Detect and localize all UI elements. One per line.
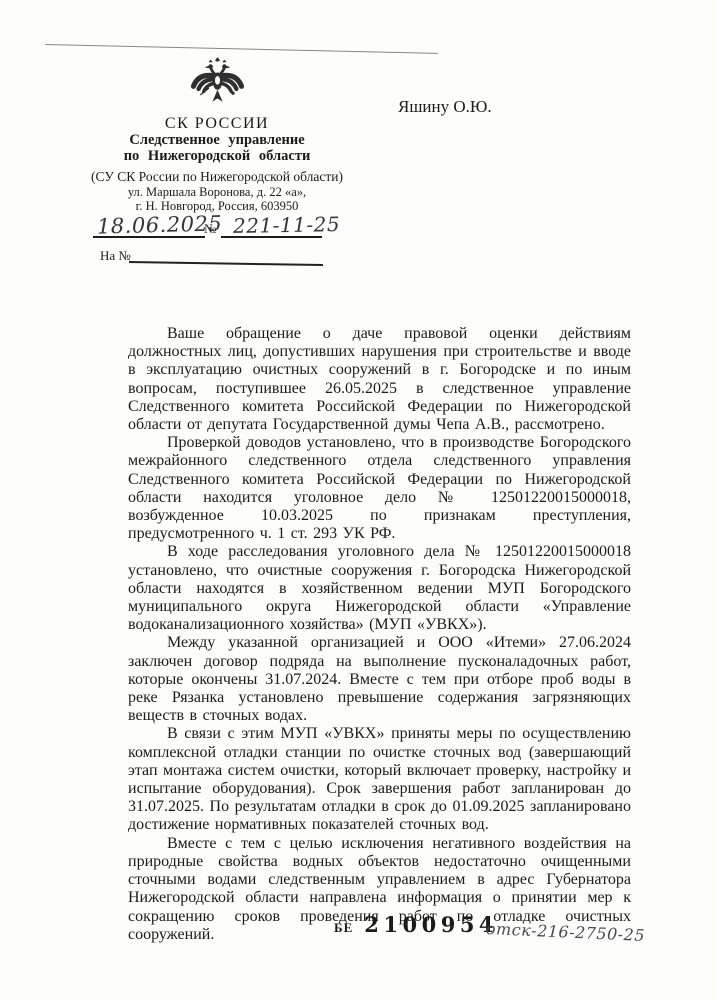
handwritten-number: 221-11-25 [233, 212, 340, 238]
double-headed-eagle-emblem-icon [190, 56, 245, 108]
body-paragraph-2: Проверкой доводов установлено, что в про… [128, 434, 631, 543]
addressee-name: Яшину О.Ю. [398, 97, 492, 117]
body-paragraph-3: В ходе расследования уголовного дела № 1… [128, 543, 631, 634]
outgoing-number-line: 221-11-25 [221, 208, 322, 238]
reply-to-label: На № [100, 248, 131, 264]
reply-to-blank-line [129, 261, 323, 266]
org-short-name: (СУ СК России по Нижегородской области) [60, 169, 374, 185]
body-paragraph-4: Между указанной организацией и ООО «Итем… [128, 634, 631, 725]
body-paragraph-5: В связи с этим МУП «УВКХ» приняты меры п… [128, 725, 631, 834]
outgoing-date-line: 18.06.2025 [93, 208, 205, 238]
org-abbreviation: СК РОССИИ [60, 115, 374, 133]
form-series: БЕ [334, 920, 353, 936]
scan-artifact-line [45, 44, 438, 54]
org-name-line2: по Нижегородской области [60, 149, 374, 165]
form-number: 2100954 [364, 912, 498, 937]
org-name-line1: Следственное управление [60, 133, 374, 149]
letter-body: Ваше обращение о даче правовой оценки де… [128, 325, 631, 944]
letterhead: СК РОССИИ Следственное управление по Ниж… [60, 56, 374, 213]
address-line1: ул. Маршала Воронова, д. 22 «а», [60, 185, 374, 199]
body-paragraph-1: Ваше обращение о даче правовой оценки де… [128, 325, 631, 434]
scanned-letter-page: СК РОССИИ Следственное управление по Ниж… [0, 0, 717, 1000]
form-number-stamp: БЕ 2100954 [334, 912, 498, 937]
number-sign-label: № [204, 221, 216, 237]
